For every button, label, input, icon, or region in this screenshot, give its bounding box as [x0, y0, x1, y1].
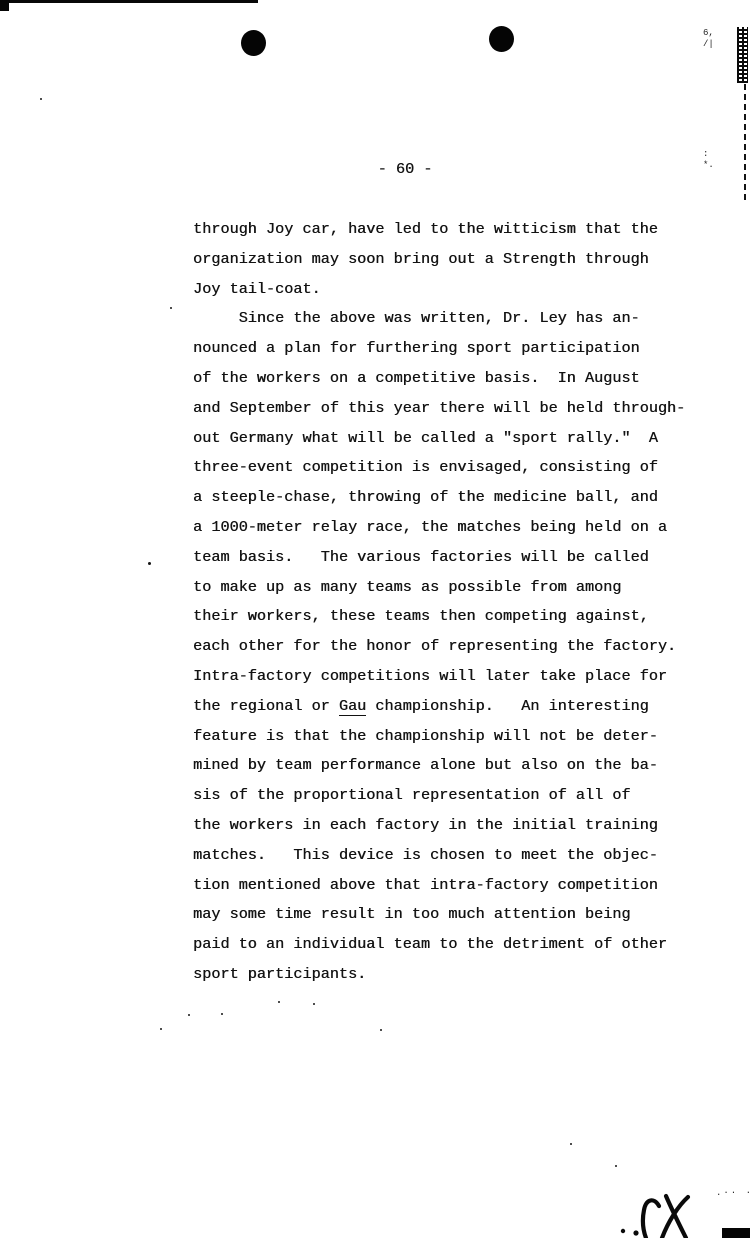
text-line: team basis. The various factories will b… [193, 543, 703, 573]
text-line: to make up as many teams as possible fro… [193, 573, 703, 603]
text-line: their workers, these teams then competin… [193, 602, 703, 632]
text-line: sport participants. [193, 960, 703, 990]
text-line: of the workers on a competitive basis. I… [193, 364, 703, 394]
scan-speck [170, 307, 172, 309]
page-number: - 60 - [0, 160, 750, 178]
underlined-word-gau: Gau [339, 697, 366, 716]
text-line: a 1000-meter relay race, the matches bei… [193, 513, 703, 543]
scan-artifact-dot-row: .·· · · [716, 1188, 750, 1198]
text-segment: the regional or [193, 697, 339, 715]
scan-speck [188, 1014, 190, 1016]
scan-speck [148, 562, 151, 565]
scan-speck [380, 1029, 382, 1031]
text-line: organization may soon bring out a Streng… [193, 245, 703, 275]
text-line: feature is that the championship will no… [193, 722, 703, 752]
text-line: sis of the proportional representation o… [193, 781, 703, 811]
text-segment: championship. An interesting [366, 697, 649, 715]
text-line: nounced a plan for furthering sport part… [193, 334, 703, 364]
text-line: may some time result in too much attenti… [193, 900, 703, 930]
scan-speck [160, 1028, 162, 1030]
punch-hole-left [241, 30, 266, 56]
text-line: Joy tail-coat. [193, 275, 703, 305]
text-line: tion mentioned above that intra-factory … [193, 871, 703, 901]
scan-artifact-margin-marks: 6, /| : *. [703, 28, 717, 180]
text-line: paid to an individual team to the detrim… [193, 930, 703, 960]
text-line: matches. This device is chosen to meet t… [193, 841, 703, 871]
scan-speck [570, 1143, 572, 1145]
text-line: a steeple-chase, throwing of the medicin… [193, 483, 703, 513]
text-line-with-underline: the regional or Gau championship. An int… [193, 692, 703, 722]
scan-artifact-edge-stripe [737, 27, 748, 83]
document-page: 6, /| : *. - 60 - through Joy car, have … [0, 0, 750, 1238]
handwritten-mark-cx [606, 1192, 706, 1238]
text-line: each other for the honor of representing… [193, 632, 703, 662]
text-line: Intra-factory competitions will later ta… [193, 662, 703, 692]
text-line: Since the above was written, Dr. Ley has… [193, 304, 703, 334]
text-line: mined by team performance alone but also… [193, 751, 703, 781]
document-text-block: through Joy car, have led to the wittici… [193, 215, 703, 990]
scan-speck [40, 98, 42, 100]
scan-artifact-dashed-line [744, 84, 746, 200]
scan-artifact-blob [0, 0, 9, 11]
text-line: through Joy car, have led to the wittici… [193, 215, 703, 245]
text-line: three-event competition is envisaged, co… [193, 453, 703, 483]
scan-artifact-corner-bar [722, 1228, 750, 1238]
text-line: out Germany what will be called a "sport… [193, 424, 703, 454]
scan-speck [615, 1165, 617, 1167]
text-line: and September of this year there will be… [193, 394, 703, 424]
scan-speck [278, 1001, 280, 1003]
scan-speck [221, 1013, 223, 1015]
punch-hole-right [489, 26, 514, 52]
scan-speck [313, 1003, 315, 1005]
scan-artifact-top-line [0, 0, 258, 3]
text-line: the workers in each factory in the initi… [193, 811, 703, 841]
